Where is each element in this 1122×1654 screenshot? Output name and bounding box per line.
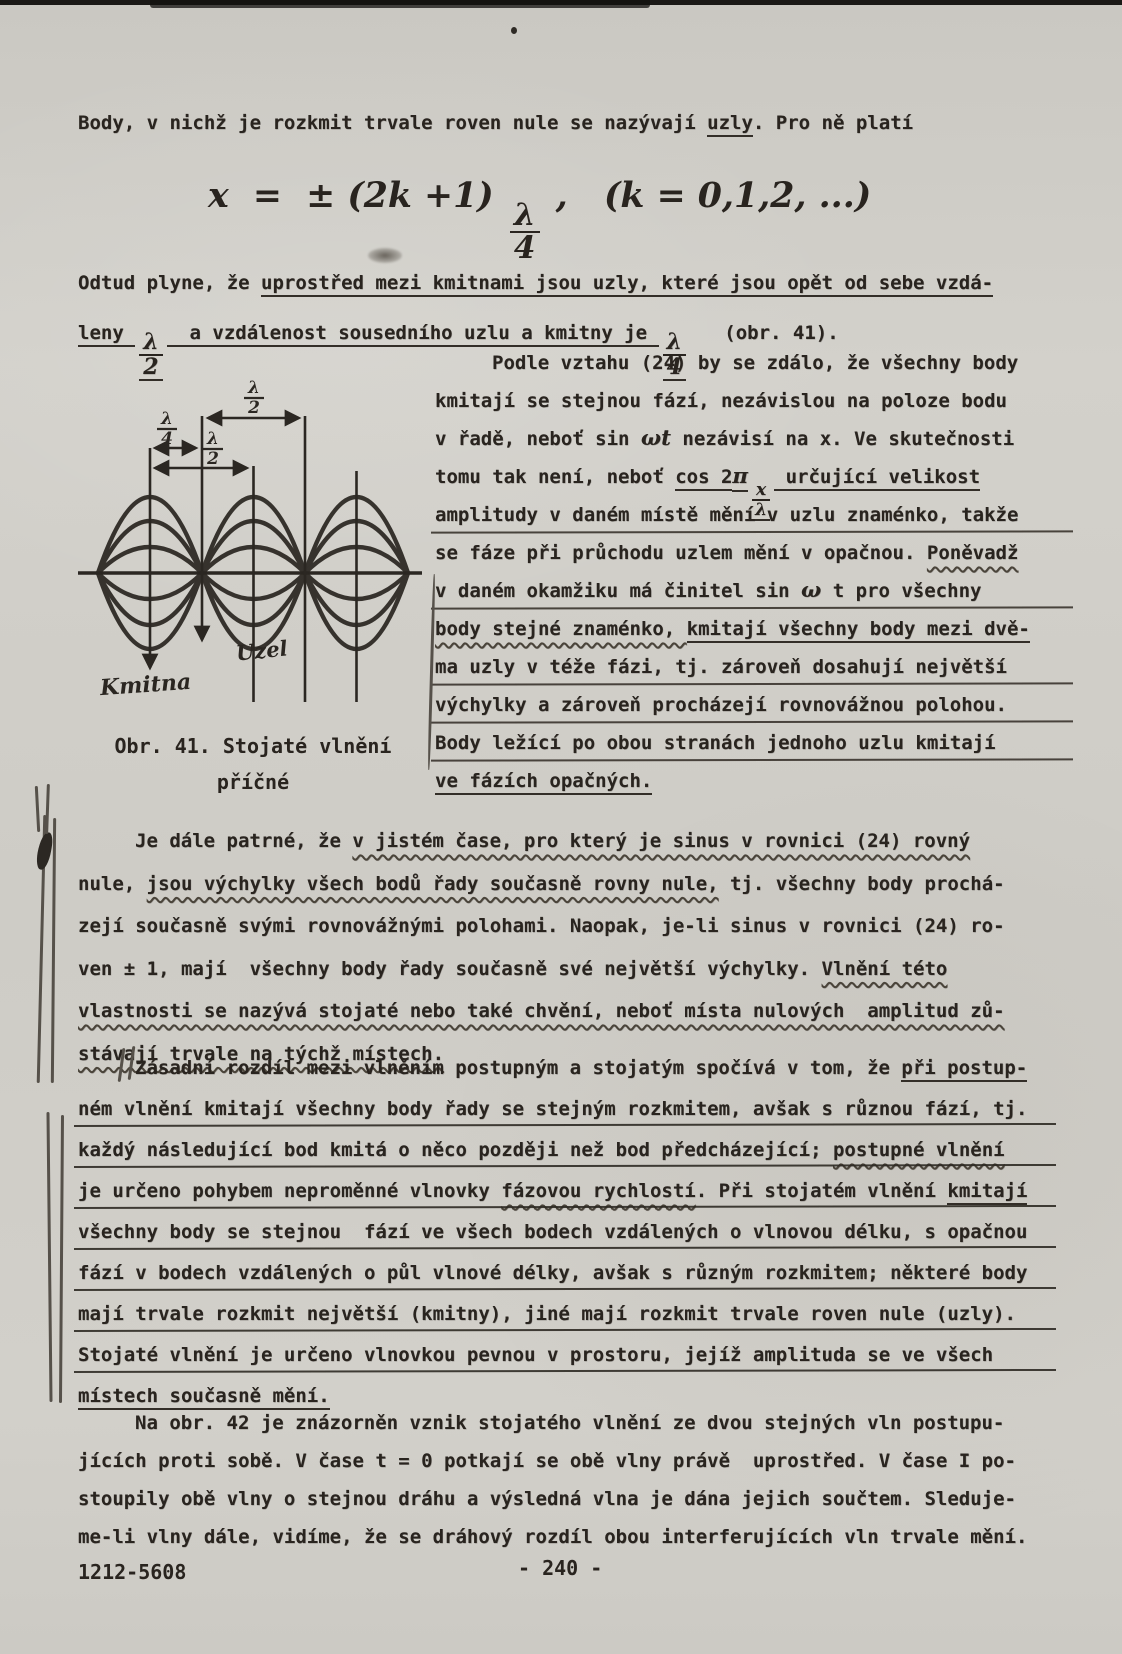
figure-label-uzel: Uzel (235, 635, 289, 665)
margin-pencil-line (59, 1115, 64, 1403)
paragraph-standing-wave-definition: Je dále patrné, že v jistém čase, pro kt… (78, 820, 1046, 1075)
inline-fraction: λ4 (510, 201, 540, 264)
column-beside-figure: Podle vztahu (24) by se zdálo, že všechn… (435, 344, 1063, 800)
text-segment: Na obr. 42 je znázorněn vznik stojatého … (135, 1412, 1004, 1434)
text-segment: x = ± (2k +1) (208, 175, 506, 216)
label-lambda-over-2: λ (247, 378, 260, 398)
paragraph-intro: Body, v nichž je rozkmit trvale roven nu… (78, 106, 1043, 140)
figure-standing-wave: λ 2 λ 4 λ 2 (58, 350, 440, 722)
formula-node-positions: x = ± (2k +1) λ4 , (k = 0,1,2, ...) (208, 158, 968, 264)
fraction-numerator: λ (510, 201, 540, 233)
text-line: se fáze při průchodu uzlem mění v opačno… (435, 534, 1063, 572)
page-number: - 240 - (518, 1556, 602, 1580)
margin-ink-blob (35, 831, 54, 871)
text-line: Stojaté vlnění je určeno vlnovkou pevnou… (78, 1335, 1046, 1376)
print-code: 1212-5608 (78, 1560, 186, 1584)
text-line: vlastnosti se nazývá stojaté nebo také c… (78, 990, 1046, 1033)
text-segment: fázovou rychlostí (501, 1180, 695, 1202)
text-segment: v daném okamžiku má činitel sin (435, 580, 801, 602)
text-segment: t pro všechny (821, 580, 981, 602)
text-segment: ném vlnění kmitají všechny body řady se … (78, 1098, 1027, 1120)
figure-caption: Obr. 41. Stojaté vlnění příčné (88, 728, 418, 800)
text-segment: jících proti sobě. V čase t = 0 potkají … (78, 1450, 1016, 1472)
text-segment: Body ležící po obou stranách jednoho uzl… (435, 732, 996, 754)
text-segment: leny (78, 322, 135, 347)
text-line: Body ležící po obou stranách jednoho uzl… (435, 724, 1063, 762)
scan-edge-shadow-dark (150, 0, 650, 8)
text-segment: ve fázích opačných. (435, 770, 652, 795)
text-line: v daném okamžiku má činitel sin ω t pro … (435, 572, 1063, 610)
text-segment: v jistém čase, pro který je sinus v rovn… (352, 830, 970, 852)
text-line: tomu tak není, neboť cos 2πxλ určující v… (435, 458, 1063, 496)
text-line: v řadě, neboť sin ωt nezávisí na x. Ve s… (435, 420, 1063, 458)
text-line: fází v bodech vzdálených o půl vlnové dé… (78, 1253, 1046, 1294)
text-line: kmitají se stejnou fází, nezávislou na p… (435, 382, 1063, 420)
text-line: Body, v nichž je rozkmit trvale roven nu… (78, 106, 1043, 140)
text-segment: Podle vztahu (24) by se zdálo, že všechn… (492, 352, 1018, 374)
text-line: ma uzly v téže fázi, tj. zároveň dosahuj… (435, 648, 1063, 686)
text-segment: nule, (78, 873, 147, 895)
text-line: mají trvale rozkmit největší (kmitny), j… (78, 1294, 1046, 1335)
text-segment: , (k = 0,1,2, ...) (544, 175, 872, 216)
text-line: zejí současně svými rovnovážnými poloham… (78, 905, 1046, 948)
text-segment: mají trvale rozkmit největší (kmitny), j… (78, 1303, 1016, 1325)
margin-pencil-line (46, 1112, 52, 1402)
text-segment: π (732, 464, 748, 492)
text-line: Zásadní rozdíl mezi vlněním postupným a … (78, 1048, 1046, 1089)
text-segment: všechny body se stejnou fází ve všech bo… (78, 1221, 1027, 1243)
text-line: Podle vztahu (24) by se zdálo, že všechn… (435, 344, 1063, 382)
text-segment: . Pro ně platí (753, 112, 913, 134)
svg-text:2: 2 (247, 398, 260, 418)
text-line: me-li vlny dále, vidíme, že se dráhový r… (78, 1518, 1046, 1556)
paragraph-travelling-vs-standing: Zásadní rozdíl mezi vlněním postupným a … (78, 1048, 1046, 1417)
text-segment: kmitají všechny body mezi dvě- (687, 618, 1030, 643)
figure-caption-line2: příčné (88, 764, 418, 800)
text-line: Na obr. 42 je znázorněn vznik stojatého … (78, 1404, 1046, 1442)
standing-wave-diagram: λ 2 λ 4 λ 2 (58, 350, 440, 722)
svg-text:2: 2 (206, 449, 219, 469)
text-segment: se fáze při průchodu uzlem mění v opačno… (435, 542, 927, 564)
text-segment: výchylky a zároveň procházejí rovnovážno… (435, 694, 1007, 716)
text-segment: uprostřed mezi kmitnami jsou uzly, které… (261, 272, 993, 297)
text-segment: postupné vlnění (833, 1139, 1005, 1161)
margin-pencil-tick (35, 786, 40, 832)
text-segment: me-li vlny dále, vidíme, že se dráhový r… (78, 1526, 1027, 1548)
text-line: jících proti sobě. V čase t = 0 potkají … (78, 1442, 1046, 1480)
svg-text:4: 4 (161, 429, 173, 449)
margin-pencil-line (51, 818, 56, 1083)
label-lambda-over-4: λ (160, 409, 173, 429)
text-line: výchylky a zároveň procházejí rovnovážno… (435, 686, 1063, 724)
text-line: všechny body se stejnou fází ve všech bo… (78, 1212, 1046, 1253)
dimension-arrows (155, 418, 299, 468)
text-segment: tomu tak není, neboť (435, 466, 675, 488)
text-segment: ma uzly v téže fázi, tj. zároveň dosahuj… (435, 656, 1007, 678)
text-segment: zejí současně svými rovnovážnými poloham… (78, 915, 1005, 937)
text-segment: ωt (641, 426, 671, 451)
text-segment: body stejné znaménko, (435, 618, 687, 640)
text-segment: tj. všechny body prochá- (719, 873, 1005, 895)
text-segment: při postup- (901, 1057, 1027, 1082)
text-segment: uzly (707, 112, 753, 137)
text-line: každý následující bod kmitá o něco pozdě… (78, 1130, 1046, 1171)
text-segment: Zásadní rozdíl mezi vlněním postupným a … (135, 1057, 901, 1079)
dimension-labels: λ 2 λ 4 λ 2 (157, 378, 264, 469)
text-line: Je dále patrné, že v jistém čase, pro kt… (78, 820, 1046, 863)
text-segment: amplitudy v daném místě mění v uzlu znam… (435, 504, 1018, 526)
text-segment: Je dále patrné, že (135, 830, 352, 852)
text-line: amplitudy v daném místě mění v uzlu znam… (435, 496, 1063, 534)
text-segment: stoupily obě vlny o stejnou dráhu a výsl… (78, 1488, 1016, 1510)
figure-caption-line1: Obr. 41. Stojaté vlnění (88, 728, 418, 764)
text-segment: kmitají se stejnou fází, nezávislou na p… (435, 390, 1007, 412)
text-line: ve fázích opačných. (435, 762, 1063, 800)
text-segment: ven ± 1, mají všechny body řady současně… (78, 958, 822, 980)
text-segment: ω (801, 578, 821, 603)
text-segment: jsou výchylky všech bodů řady současně r… (147, 873, 719, 895)
text-segment: . Při stojatém vlnění (696, 1180, 948, 1202)
text-segment: cos 2 (675, 466, 732, 491)
text-segment: Odtud plyne, že (78, 272, 261, 294)
text-segment: každý následující bod kmitá o něco pozdě… (78, 1139, 833, 1161)
text-segment: fází v bodech vzdálených o půl vlnové dé… (78, 1262, 1027, 1284)
text-segment: je určeno pohybem neproměnné vlnovky (78, 1180, 501, 1202)
margin-pencil-tick (45, 784, 50, 834)
text-segment: nezávisí na x. Ve skutečnosti (671, 428, 1014, 450)
text-segment: Vlnění této (822, 958, 948, 980)
label-lambda-over-2b: λ (206, 429, 219, 449)
text-line: ném vlnění kmitají všechny body řady se … (78, 1089, 1046, 1130)
text-segment: určující velikost (774, 466, 980, 491)
text-line: Odtud plyne, že uprostřed mezi kmitnami … (78, 258, 1043, 308)
text-line: x = ± (2k +1) λ4 , (k = 0,1,2, ...) (208, 158, 968, 264)
ink-dot (511, 27, 517, 34)
text-line: ven ± 1, mají všechny body řady současně… (78, 948, 1046, 991)
text-line: stoupily obě vlny o stejnou dráhu a výsl… (78, 1480, 1046, 1518)
text-segment: Poněvadž (927, 542, 1019, 564)
text-line: je určeno pohybem neproměnné vlnovky fáz… (78, 1171, 1046, 1212)
text-segment: vlastnosti se nazývá stojaté nebo také c… (78, 1000, 1005, 1022)
text-segment: Stojaté vlnění je určeno vlnovkou pevnou… (78, 1344, 993, 1366)
paragraph-figure42-intro: Na obr. 42 je znázorněn vznik stojatého … (78, 1404, 1046, 1556)
text-line: body stejné znaménko, kmitají všechny bo… (435, 610, 1063, 648)
text-segment: Body, v nichž je rozkmit trvale roven nu… (78, 112, 707, 134)
scanned-textbook-page: { "page": { "footer_code": "1212-5608", … (0, 0, 1122, 1654)
text-line: nule, jsou výchylky všech bodů řady souč… (78, 863, 1046, 906)
text-segment: (obr. 41). (690, 322, 839, 344)
text-segment: kmitají (947, 1180, 1027, 1205)
text-segment: v řadě, neboť sin (435, 428, 641, 450)
